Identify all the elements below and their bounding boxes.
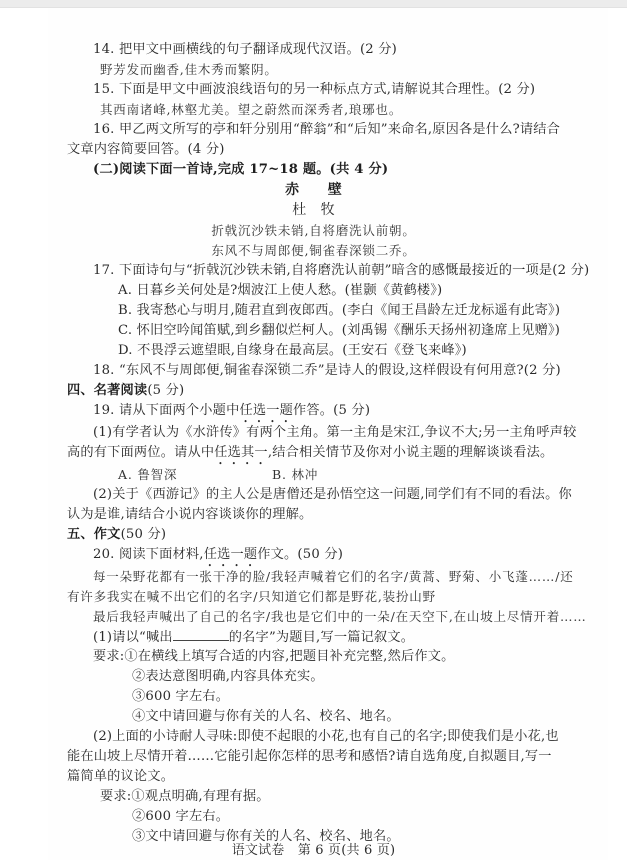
page-footer: 语文试卷 第 6 页(共 6 页) bbox=[0, 842, 627, 860]
q20-stem-pre: 20. 阅读下面材料, bbox=[93, 547, 204, 562]
fill-in-blank-line bbox=[173, 628, 229, 641]
viewer-top-bar bbox=[0, 0, 627, 8]
q20-part1-prompt: (1)请以“喊出的名字”为题目,写一篇记叙文。 bbox=[93, 628, 414, 647]
q20-part1-req-label: 要求: bbox=[93, 649, 124, 664]
q20-part2-req-1-text: ①观点明确,有理有据。 bbox=[131, 789, 269, 804]
q20-part2-req-label: 要求: bbox=[100, 789, 131, 804]
q19-stem: 19. 请从下面两个小题中任选一题作答。(5 分) bbox=[93, 402, 370, 426]
q17-option-b: B. 我寄愁心与明月,随君直到夜郎西。(李白《闻王昌龄左迁龙标遥有此寄》) bbox=[118, 302, 560, 320]
q20-part1-requirement-1: 要求:①在横线上填写合适的内容,把题目补充完整,然后作文。 bbox=[93, 648, 455, 666]
q20-part1-requirement-4: ④文中请回避与你有关的人名、校名、地名。 bbox=[132, 708, 400, 726]
poem-title: 赤 壁 bbox=[0, 181, 627, 199]
q17-option-c: C. 怀旧空吟闻笛赋,到乡翻似烂柯人。(刘禹锡《酬乐天扬州初逢席上见赠》) bbox=[118, 322, 560, 340]
q20-part1-requirement-2: ②表达意图明确,内容具体充实。 bbox=[132, 668, 324, 686]
q20-part2-requirement-2: ②600 字左右。 bbox=[132, 808, 229, 826]
q19-part2-line2: 认为是谁,请结合小说内容谈谈你的理解。 bbox=[67, 506, 312, 524]
section-4-title: 四、名著阅读 bbox=[67, 383, 147, 398]
q20-stem-emphasis: 任选一题 bbox=[204, 547, 258, 562]
q19-part1-line2: 高的有下面两位。请从中任选其一,结合相关情节及你对小说主题的理解谈谈看法。 bbox=[67, 444, 553, 468]
q19-part1-line1: (1)有学者认为《水浒传》有两个主角。第一主角是宋江,争议不大;另一主角呼声较 bbox=[93, 424, 577, 442]
q16-stem-line1: 16. 甲乙两文所写的亭和轩分别用“醉翁”和“后知”来命名,原因各是什么?请结合 bbox=[93, 121, 560, 139]
q15-stem: 15. 下面是甲文中画波浪线语句的另一种标点方式,请解说其合理性。(2 分) bbox=[93, 81, 535, 99]
q14-stem: 14. 把甲文中画横线的句子翻译成现代汉语。(2 分) bbox=[93, 41, 397, 59]
q20-part2-line-3: 篇简单的议论文。 bbox=[67, 768, 174, 786]
q17-option-a: A. 日暮乡关何处是?烟波江上使人愁。(崔颢《黄鹤楼》) bbox=[118, 282, 442, 300]
q19-stem-pre: 19. 请从下面两个小题中 bbox=[93, 403, 239, 418]
section-5-title: 五、作文 bbox=[67, 527, 121, 542]
q19-part2-line1: (2)关于《西游记》的主人公是唐僧还是孙悟空这一问题,同学们有不同的看法。你 bbox=[93, 486, 572, 504]
q19-part1-line2-pre: 高的有下面两位。请从中 bbox=[67, 445, 214, 460]
q18-stem: 18. “东风不与周郎便,铜雀春深锁二乔”是诗人的假设,这样假设有何用意?(2 … bbox=[93, 362, 561, 380]
q17-stem: 17. 下面诗句与“折戟沉沙铁未销,自将磨洗认前朝”暗含的感慨最接近的一项是(2… bbox=[93, 262, 589, 280]
q20-poem-line-3: 最后我轻声喊出了自己的名字/我也是它们中的一朵/在天空下,在山坡上尽情开着…… bbox=[93, 608, 587, 626]
q19-stem-emphasis: 任选一题 bbox=[239, 403, 293, 418]
section-4-heading: 四、名著阅读(5 分) bbox=[67, 382, 184, 400]
q20-part1-prompt-post: 的名字”为题目,写一篇记叙文。 bbox=[229, 630, 414, 645]
poem-author: 杜 牧 bbox=[0, 201, 627, 219]
q20-part2-line-2: 能在山坡上尽情开着……它能引起你怎样的思考和感悟?请自选角度,自拟题目,写一 bbox=[67, 748, 552, 766]
q19-stem-post: 作答。(5 分) bbox=[293, 403, 370, 418]
q19-part1-emphasis: 任选其一 bbox=[214, 445, 268, 460]
poem-line-1: 折戟沉沙铁未销,自将磨洗认前朝。 bbox=[0, 222, 627, 240]
q20-part1-requirement-3: ③600 字左右。 bbox=[132, 688, 229, 706]
q19-option-b: B. 林冲 bbox=[272, 466, 318, 484]
q20-poem-line-1: 每一朵野花都有一张干净的脸/我轻声喊着它们的名字/黄蒿、野菊、小飞蓬……/还 bbox=[93, 568, 574, 586]
q16-stem-line2: 文章内容简要回答。(4 分) bbox=[67, 141, 225, 159]
section-4-score: (5 分) bbox=[147, 383, 184, 398]
q20-stem-post: 作文。(50 分) bbox=[257, 547, 343, 562]
q20-stem: 20. 阅读下面材料,任选一题作文。(50 分) bbox=[93, 546, 343, 570]
q20-poem-line-2: 有许多我实在喊不出它们的名字/只知道它们都是野花,装扮山野 bbox=[67, 588, 436, 606]
q17-option-d: D. 不畏浮云遮望眼,自缘身在最高层。(王安石《登飞来峰》) bbox=[118, 342, 467, 360]
q20-part2-line-1: (2)上面的小诗耐人寻味:即使不起眼的小花,也有自己的名字;即使我们是小花,也 bbox=[93, 728, 559, 746]
q19-option-a: A. 鲁智深 bbox=[118, 466, 177, 484]
q19-part1-line2-post: ,结合相关情节及你对小说主题的理解谈谈看法。 bbox=[268, 445, 554, 460]
q20-part2-requirement-1: 要求:①观点明确,有理有据。 bbox=[100, 788, 270, 806]
q15-quote: 其西南诸峰,林壑尤美。望之蔚然而深秀者,琅琊也。 bbox=[100, 101, 402, 119]
section-5-score: (50 分) bbox=[121, 527, 167, 542]
section-5-heading: 五、作文(50 分) bbox=[67, 526, 166, 544]
q20-part1-prompt-pre: (1)请以“喊出 bbox=[93, 630, 173, 645]
section-2-heading: (二)阅读下面一首诗,完成 17~18 题。(共 4 分) bbox=[93, 161, 388, 179]
q14-quote: 野芳发而幽香,佳木秀而繁阴。 bbox=[100, 61, 278, 79]
q20-part1-req-1-text: ①在横线上填写合适的内容,把题目补充完整,然后作文。 bbox=[124, 649, 454, 664]
poem-line-2: 东风不与周郎便,铜雀春深锁二乔。 bbox=[0, 242, 627, 260]
